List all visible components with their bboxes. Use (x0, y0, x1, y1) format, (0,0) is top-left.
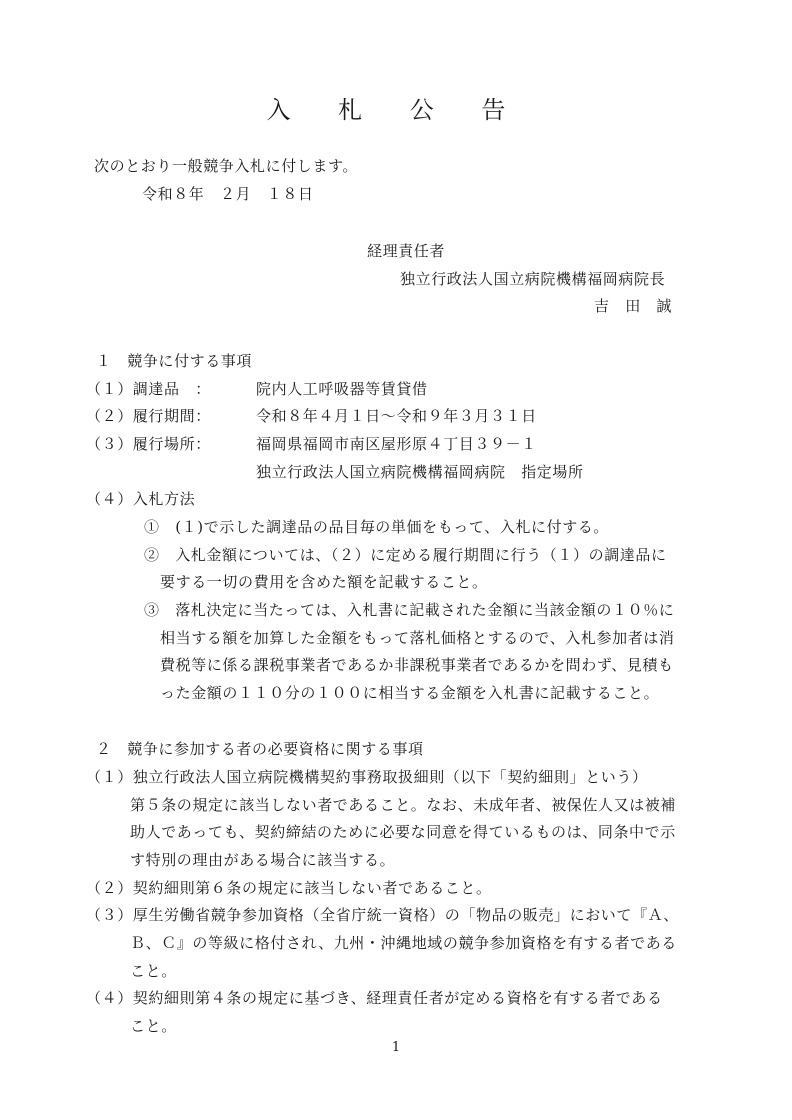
item-procurement: （１）調達品 ： 院内人工呼吸器等賃貸借 (86, 380, 706, 398)
section2-heading: ２ 競争に参加する者の必要資格に関する事項 (96, 740, 424, 758)
item-location: （３）履行場所： 福岡県福岡市南区屋形原４丁目３９－１ (86, 435, 706, 453)
qualification-line: こと。 (130, 962, 177, 980)
bid-method-line: 要する一切の費用を含めた額を記載すること。 (160, 573, 488, 591)
bid-method-line: ③ 落札決定に当たっては、入札書に記載された金額に当該金額の１０％に (144, 601, 674, 619)
document-title: 入 札 公 告 (0, 96, 792, 124)
bid-method-line: った金額の１１０分の１００に相当する金額を入札書に記載すること。 (160, 684, 659, 702)
item-value: 令和８年４月１日～令和９年３月３１日 (256, 407, 537, 425)
signature-role: 経理責任者 (367, 242, 445, 260)
qualification-line: （３）厚生労働省競争参加資格（全省庁統一資格）の「物品の販売」において『Ａ、 (86, 906, 679, 924)
qualification-line: （１）独立行政法人国立病院機構契約事務取扱細則（以下「契約細則」という） (86, 768, 648, 786)
item-location-detail: 独立行政法人国立病院機構福岡病院 指定場所 (256, 463, 584, 481)
bid-method-line: 相当する額を加算した金額をもって落札価格とするので、入札参加者は消 (160, 629, 675, 647)
qualification-line: 第５条の規定に該当しない者であること。なお、未成年者、被保佐人又は被補 (130, 796, 676, 814)
bid-method-line: ① (１)で示した調達品の品目毎の単価をもって、入札に付する。 (144, 518, 609, 536)
signature-organization: 独立行政法人国立病院機構福岡病院長 (400, 270, 665, 288)
qualification-line: す特別の理由がある場合に該当する。 (130, 851, 395, 869)
bid-method-line: 費税等に係る課税事業者であるか非課税事業者であるかを問わず、見積も (160, 656, 674, 674)
intro-text: 次のとおり一般競争入札に付します。 (94, 157, 358, 175)
notice-date: 令和８年 ２月 １８日 (142, 185, 314, 203)
item-label: （２）履行期間： (86, 407, 211, 425)
page-number: 1 (0, 1040, 792, 1055)
item-period: （２）履行期間： 令和８年４月１日～令和９年３月３１日 (86, 407, 706, 425)
item-label: （１）調達品 ： (86, 380, 211, 398)
bid-method-heading: （４）入札方法 (86, 490, 195, 508)
qualification-line: （２）契約細則第６条の規定に該当しない者であること。 (86, 879, 492, 897)
qualification-line: （４）契約細則第４条の規定に基づき、経理責任者が定める資格を有する者である (86, 989, 663, 1007)
item-value: 福岡県福岡市南区屋形原４丁目３９－１ (256, 435, 537, 453)
qualification-line: 助人であっても、契約締結のために必要な同意を得ているものは、同条中で示 (130, 823, 676, 841)
item-value: 院内人工呼吸器等賃貸借 (256, 380, 428, 398)
bid-method-line: ② 入札金額については、（２）に定める履行期間に行う（１）の調達品に (144, 546, 667, 564)
qualification-line: こと。 (130, 1017, 177, 1035)
qualification-line: Ｂ、Ｃ』の等級に格付され、九州・沖縄地域の競争参加資格を有する者である (130, 934, 677, 952)
signature-name: 吉 田 誠 (594, 297, 672, 315)
section1-heading: １ 競争に付する事項 (96, 352, 252, 370)
item-label: （３）履行場所： (86, 435, 211, 453)
